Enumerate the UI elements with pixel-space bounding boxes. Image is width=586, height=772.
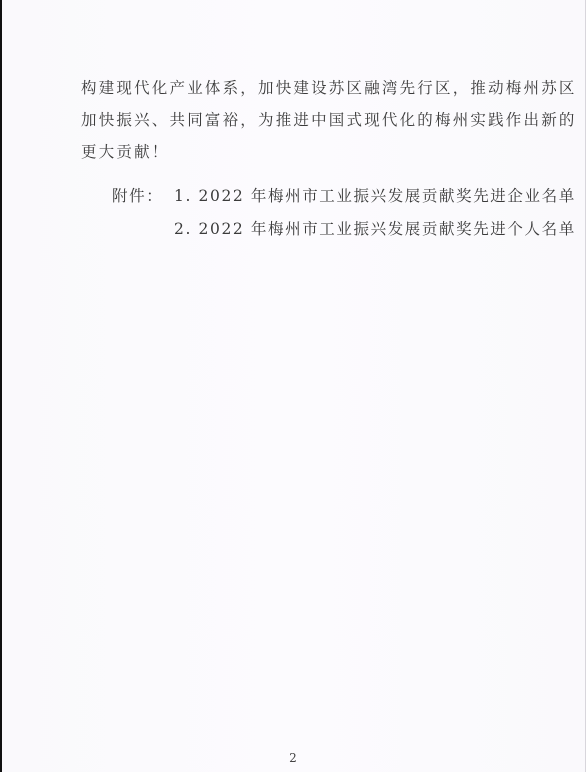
page-number: 2 xyxy=(0,751,586,765)
attachment-row: 2. 2022 年梅州市工业振兴发展贡献奖先进个人名单 xyxy=(112,213,576,246)
body-paragraph: 构建现代化产业体系，加快建设苏区融湾先行区，推动梅州苏区 加快振兴、共同富裕，为… xyxy=(81,72,521,168)
attachments-section: 附件：1. 2022 年梅州市工业振兴发展贡献奖先进企业名单 2. 2022 年… xyxy=(112,180,576,246)
body-line: 构建现代化产业体系，加快建设苏区融湾先行区，推动梅州苏区 xyxy=(81,72,521,104)
attachment-row: 附件：1. 2022 年梅州市工业振兴发展贡献奖先进企业名单 xyxy=(112,180,576,213)
body-line: 加快振兴、共同富裕，为推进中国式现代化的梅州实践作出新的 xyxy=(81,104,521,136)
body-line: 更大贡献！ xyxy=(81,136,521,168)
attachment-item: 1. 2022 年梅州市工业振兴发展贡献奖先进企业名单 xyxy=(174,187,576,205)
page-left-border xyxy=(0,0,2,772)
attachments-label: 附件： xyxy=(112,180,174,213)
attachment-item: 2. 2022 年梅州市工业振兴发展贡献奖先进个人名单 xyxy=(174,220,576,238)
document-page: 构建现代化产业体系，加快建设苏区融湾先行区，推动梅州苏区 加快振兴、共同富裕，为… xyxy=(0,0,586,772)
